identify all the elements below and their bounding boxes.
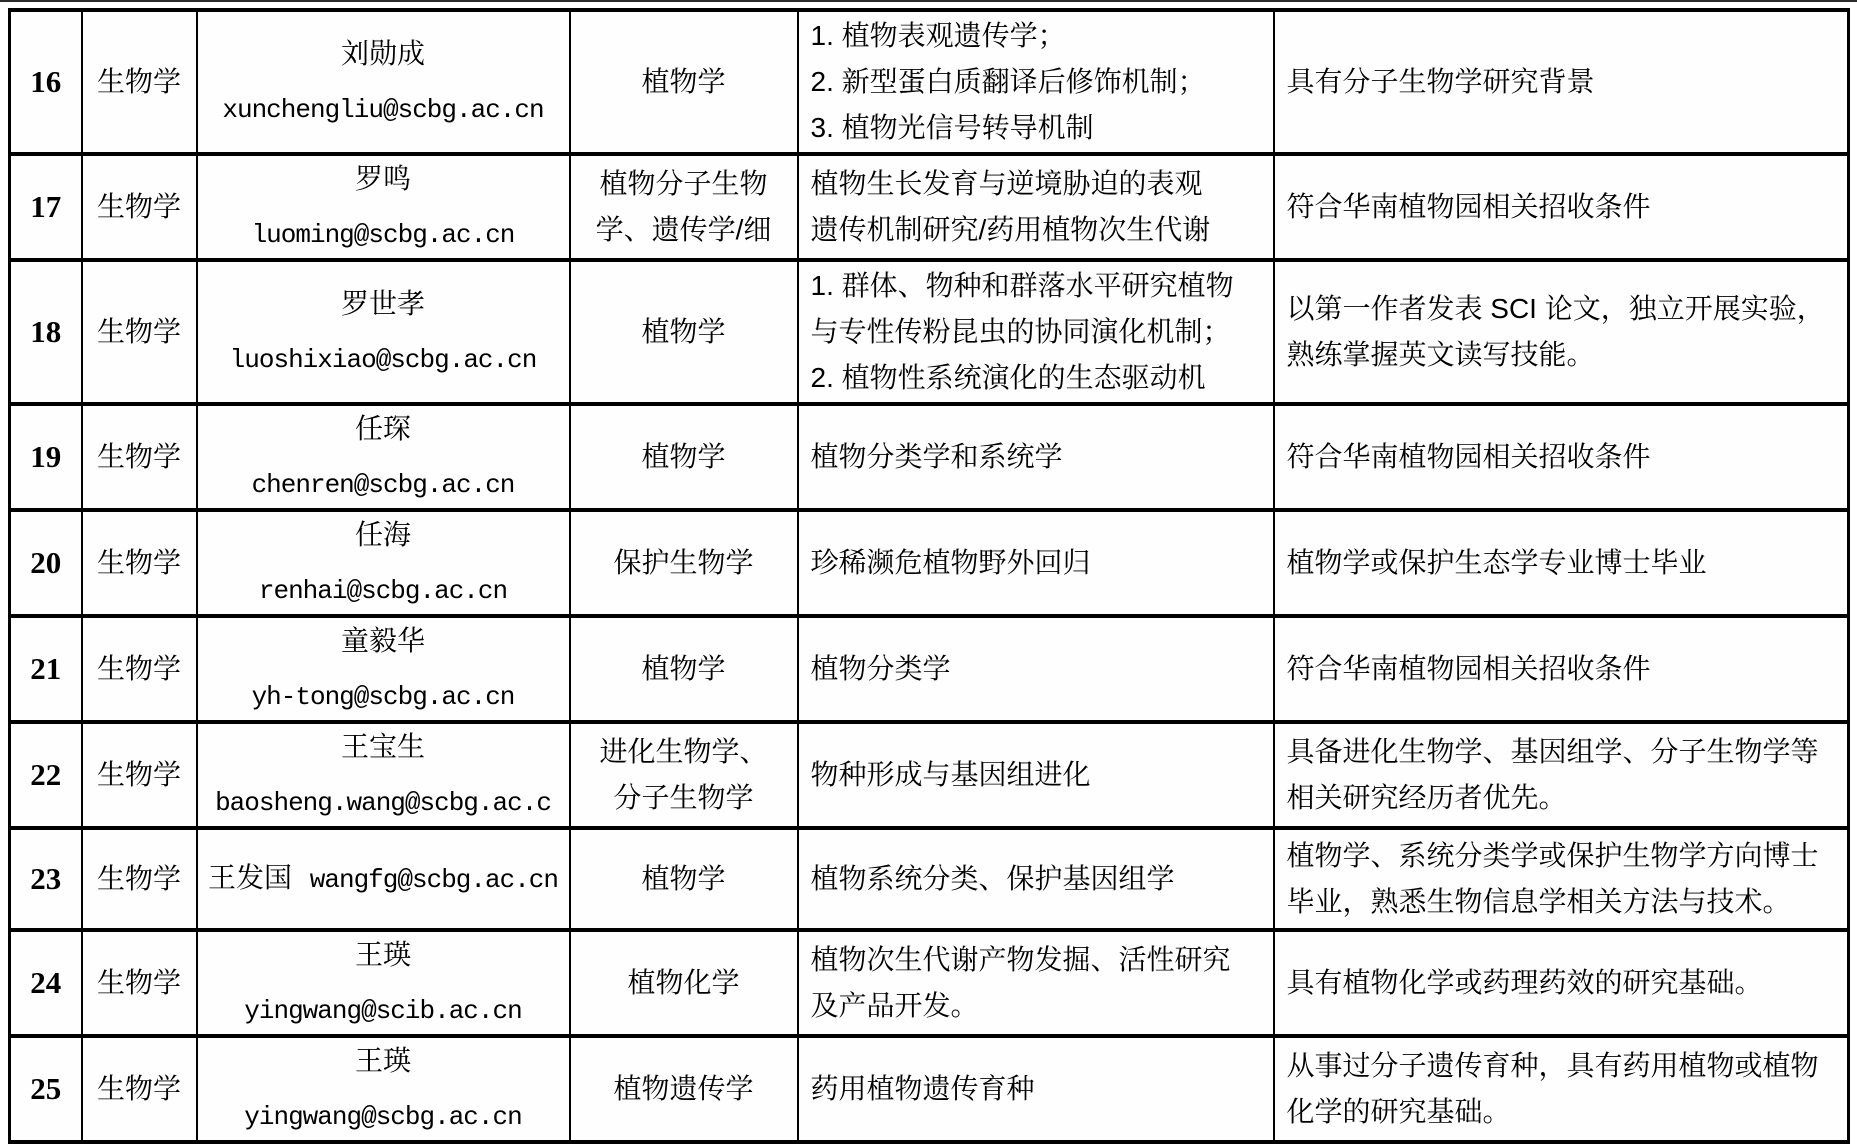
supervisor-name: 刘勋成 (199, 32, 568, 76)
row-number: 20 (10, 510, 82, 616)
discipline-cell: 生物学 (82, 10, 197, 154)
supervisor-email: yh-tong@scbg.ac.cn (199, 675, 568, 719)
requirement-cell: 具备进化生物学、基因组学、分子生物学等 相关研究经历者优先。 (1274, 722, 1849, 828)
contact-cell: 王发国 wangfg@scbg.ac.cn (197, 828, 570, 930)
table-row: 16 生物学 刘勋成 xunchengliu@scbg.ac.cn 植物学 1.… (10, 10, 1849, 154)
row-number: 24 (10, 930, 82, 1036)
requirement-cell: 植物学、系统分类学或保护生物学方向博士 毕业，熟悉生物信息学相关方法与技术。 (1274, 828, 1849, 930)
table-row: 21 生物学 童毅华 yh-tong@scbg.ac.cn 植物学 植物分类学 … (10, 616, 1849, 722)
table-row: 22 生物学 王宝生 baosheng.wang@scbg.ac.c 进化生物学… (10, 722, 1849, 828)
supervisor-email: chenren@scbg.ac.cn (199, 463, 568, 507)
research-directions-cell: 植物分类学和系统学 (798, 404, 1274, 510)
row-number: 17 (10, 154, 82, 260)
field-cell: 植物学 (570, 10, 798, 154)
row-number: 19 (10, 404, 82, 510)
discipline-cell: 生物学 (82, 260, 197, 404)
research-directions-cell: 植物系统分类、保护基因组学 (798, 828, 1274, 930)
requirement-cell: 符合华南植物园相关招收条件 (1274, 154, 1849, 260)
supervisor-name: 罗鸣 (199, 157, 568, 201)
research-directions-cell: 植物次生代谢产物发掘、活性研究 及产品开发。 (798, 930, 1274, 1036)
contact-cell: 罗世孝 luoshixiao@scbg.ac.cn (197, 260, 570, 404)
supervisor-email: wangfg@scbg.ac.cn (310, 865, 558, 895)
requirement-cell: 具有分子生物学研究背景 (1274, 10, 1849, 154)
row-number: 23 (10, 828, 82, 930)
supervisor-name: 任琛 (199, 407, 568, 451)
table-row: 20 生物学 任海 renhai@scbg.ac.cn 保护生物学 珍稀濒危植物… (10, 510, 1849, 616)
contact-cell: 王瑛 yingwang@scbg.ac.cn (197, 1036, 570, 1109)
supervisor-email: yingwang@scbg.ac.cn (199, 1095, 568, 1109)
supervisor-name: 王瑛 (199, 1039, 568, 1083)
research-directions-cell: 物种形成与基因组进化 (798, 722, 1274, 828)
contact-cell: 任海 renhai@scbg.ac.cn (197, 510, 570, 616)
discipline-cell: 生物学 (82, 1036, 197, 1109)
requirement-cell: 从事过分子遗传育种，具有药用植物或植物 化学的研究基础。 (1274, 1036, 1849, 1109)
contact-cell: 王宝生 baosheng.wang@scbg.ac.c (197, 722, 570, 828)
table-row: 18 生物学 罗世孝 luoshixiao@scbg.ac.cn 植物学 1. … (10, 260, 1849, 404)
contact-cell: 任琛 chenren@scbg.ac.cn (197, 404, 570, 510)
supervisor-email: luoming@scbg.ac.cn (199, 213, 568, 257)
row-number: 25 (10, 1036, 82, 1109)
discipline-cell: 生物学 (82, 404, 197, 510)
table-row: 24 生物学 王瑛 yingwang@scib.ac.cn 植物化学 植物次生代… (10, 930, 1849, 1036)
supervisor-name: 任海 (199, 513, 568, 557)
discipline-cell: 生物学 (82, 154, 197, 260)
field-cell: 植物遗传学 (570, 1036, 798, 1109)
field-cell: 进化生物学、 分子生物学 (570, 722, 798, 828)
supervisor-email: yingwang@scib.ac.cn (199, 989, 568, 1033)
supervisor-email: luoshixiao@scbg.ac.cn (199, 338, 568, 382)
discipline-cell: 生物学 (82, 722, 197, 828)
clipped-row-edge (0, 0, 1857, 2)
requirement-cell: 植物学或保护生态学专业博士毕业 (1274, 510, 1849, 616)
field-cell: 保护生物学 (570, 510, 798, 616)
supervisor-table: 16 生物学 刘勋成 xunchengliu@scbg.ac.cn 植物学 1.… (8, 8, 1850, 1109)
discipline-cell: 生物学 (82, 930, 197, 1036)
row-number: 22 (10, 722, 82, 828)
field-cell: 植物化学 (570, 930, 798, 1036)
field-cell: 植物分子生物 学、遗传学/细 (570, 154, 798, 260)
contact-cell: 罗鸣 luoming@scbg.ac.cn (197, 154, 570, 260)
row-number: 16 (10, 10, 82, 154)
requirement-cell: 符合华南植物园相关招收条件 (1274, 404, 1849, 510)
field-cell: 植物学 (570, 260, 798, 404)
research-directions-cell: 植物分类学 (798, 616, 1274, 722)
supervisor-name: 王发国 (208, 862, 292, 893)
field-cell: 植物学 (570, 404, 798, 510)
research-directions-cell: 珍稀濒危植物野外回归 (798, 510, 1274, 616)
row-number: 21 (10, 616, 82, 722)
supervisor-email: xunchengliu@scbg.ac.cn (199, 88, 568, 132)
field-cell: 植物学 (570, 616, 798, 722)
table-row: 17 生物学 罗鸣 luoming@scbg.ac.cn 植物分子生物 学、遗传… (10, 154, 1849, 260)
requirement-cell: 符合华南植物园相关招收条件 (1274, 616, 1849, 722)
supervisor-name: 罗世孝 (199, 282, 568, 326)
research-directions-cell: 植物生长发育与逆境胁迫的表观 遗传机制研究/药用植物次生代谢 (798, 154, 1274, 260)
supervisor-email: baosheng.wang@scbg.ac.c (199, 781, 568, 825)
requirement-cell: 以第一作者发表 SCI 论文，独立开展实验， 熟练掌握英文读写技能。 (1274, 260, 1849, 404)
supervisor-name: 童毅华 (199, 619, 568, 663)
row-number: 18 (10, 260, 82, 404)
supervisor-table-body: 16 生物学 刘勋成 xunchengliu@scbg.ac.cn 植物学 1.… (10, 10, 1849, 1109)
field-cell: 植物学 (570, 828, 798, 930)
supervisor-name: 王宝生 (199, 725, 568, 769)
discipline-cell: 生物学 (82, 510, 197, 616)
contact-cell: 刘勋成 xunchengliu@scbg.ac.cn (197, 10, 570, 154)
table-row: 19 生物学 任琛 chenren@scbg.ac.cn 植物学 植物分类学和系… (10, 404, 1849, 510)
requirement-cell: 具有植物化学或药理药效的研究基础。 (1274, 930, 1849, 1036)
contact-cell: 童毅华 yh-tong@scbg.ac.cn (197, 616, 570, 722)
research-directions-cell: 1. 植物表观遗传学； 2. 新型蛋白质翻译后修饰机制； 3. 植物光信号转导机… (798, 10, 1274, 154)
table-row: 23 生物学 王发国 wangfg@scbg.ac.cn 植物学 植物系统分类、… (10, 828, 1849, 930)
research-directions-cell: 1. 群体、物种和群落水平研究植物 与专性传粉昆虫的协同演化机制； 2. 植物性… (798, 260, 1274, 404)
research-directions-cell: 药用植物遗传育种 (798, 1036, 1274, 1109)
discipline-cell: 生物学 (82, 828, 197, 930)
supervisor-name: 王瑛 (199, 933, 568, 977)
discipline-cell: 生物学 (82, 616, 197, 722)
supervisor-email: renhai@scbg.ac.cn (199, 569, 568, 613)
contact-cell: 王瑛 yingwang@scib.ac.cn (197, 930, 570, 1036)
table-row: 25 生物学 王瑛 yingwang@scbg.ac.cn 植物遗传学 药用植物… (10, 1036, 1849, 1109)
